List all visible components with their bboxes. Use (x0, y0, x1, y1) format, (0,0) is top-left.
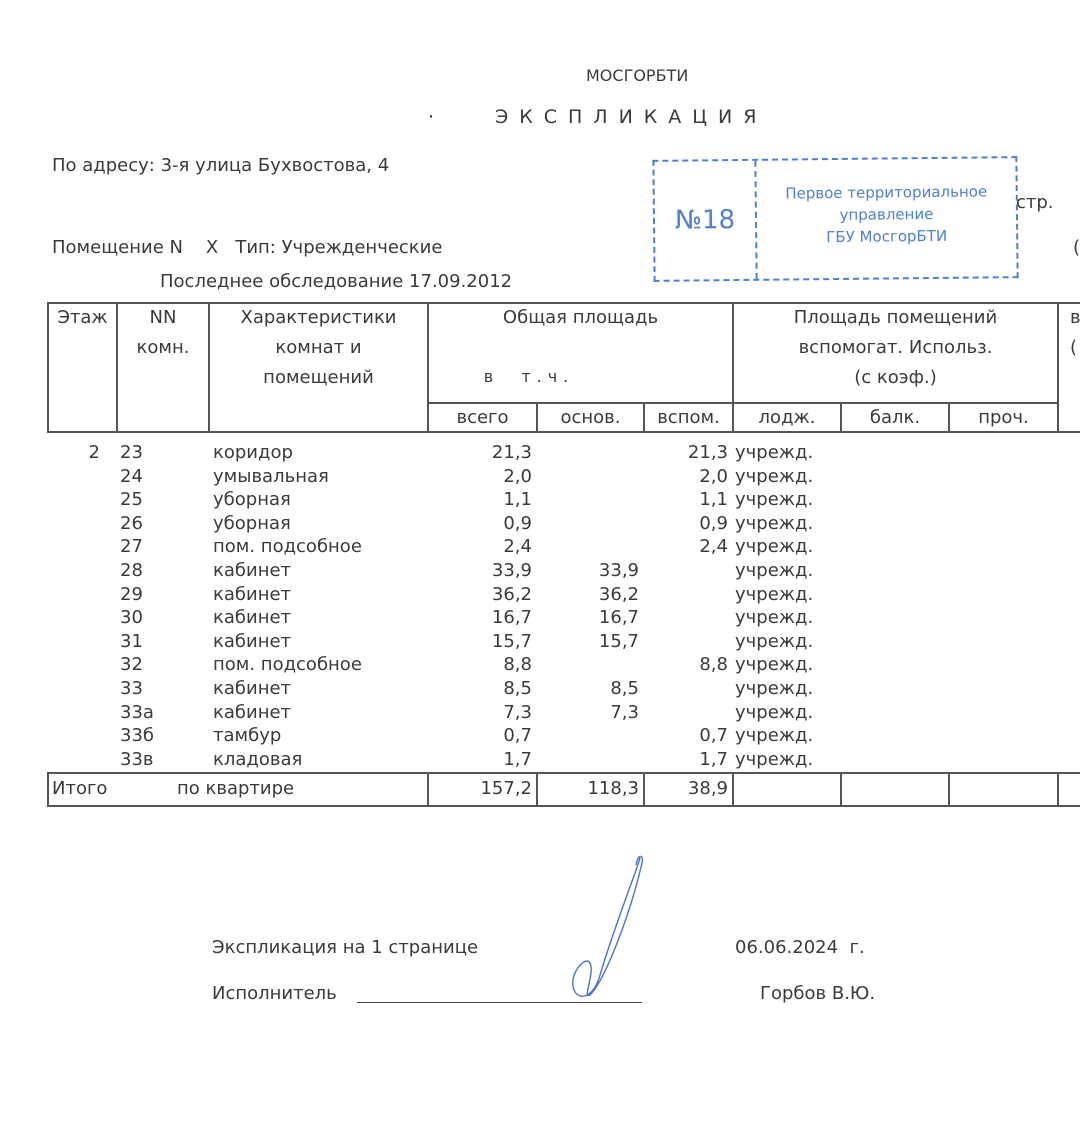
cell-room-name: уборная (213, 488, 423, 512)
document-date: 06.06.2024 г. (735, 937, 865, 958)
cell-room-name: кабинет (213, 701, 423, 725)
cell-use: учрежд. (735, 535, 835, 559)
last-survey: Последнее обследование 17.09.2012 (160, 271, 512, 292)
cell-total: 1,1 (429, 488, 532, 512)
executor-label: Исполнитель (212, 983, 337, 1004)
cell-room-name: кладовая (213, 748, 423, 772)
header-characteristics: Характеристики комнат и помещений (210, 303, 427, 393)
cell-total: 16,7 (429, 606, 532, 630)
table-border (47, 772, 49, 807)
cell-room-name: пом. подсобное (213, 653, 423, 677)
table-border (948, 772, 950, 807)
cell-room-no: 33 (120, 677, 200, 701)
cell-total: 36,2 (429, 583, 532, 607)
cell-room-no: 30 (120, 606, 200, 630)
table-border (47, 805, 1080, 807)
cell-room-name: кабинет (213, 606, 423, 630)
cell-room-no: 33в (120, 748, 200, 772)
cell-total: 2,4 (429, 535, 532, 559)
cell-main: 15,7 (538, 630, 639, 654)
cell-aux: 8,8 (645, 653, 728, 677)
cell-use: учрежд. (735, 583, 835, 607)
cell-use: учрежд. (735, 653, 835, 677)
header-total-area: Общая площадь (429, 303, 732, 333)
title-dot: · (428, 106, 434, 128)
pages-note: Экспликация на 1 странице (212, 937, 478, 958)
cell-room-no: 33б (120, 724, 200, 748)
document-title: ЭКСПЛИКАЦИЯ (495, 106, 767, 128)
cell-total: 1,7 (429, 748, 532, 772)
cell-use: учрежд. (735, 630, 835, 654)
subheader-total: всего (429, 403, 536, 433)
organization-name: МОСГОРБТИ (586, 66, 688, 85)
cell-aux: 21,3 (645, 441, 728, 465)
totals-total: 157,2 (429, 777, 532, 801)
cell-total: 33,9 (429, 559, 532, 583)
table-border (732, 772, 734, 807)
cell-use: учрежд. (735, 465, 835, 489)
cell-floor: 2 (60, 441, 100, 465)
cell-room-no: 31 (120, 630, 200, 654)
cell-aux: 0,7 (645, 724, 728, 748)
cell-use: учрежд. (735, 701, 835, 725)
cell-use: учрежд. (735, 512, 835, 536)
cell-room-no: 33а (120, 701, 200, 725)
header-line: NN (118, 303, 208, 333)
cell-aux: 2,4 (645, 535, 728, 559)
signature-icon (560, 855, 660, 1005)
header-line: Площадь помещений (734, 303, 1057, 333)
cell-main: 36,2 (538, 583, 639, 607)
subheader-loggia: лодж. (734, 403, 840, 433)
subheader-aux: вспом. (645, 403, 732, 433)
cell-room-name: уборная (213, 512, 423, 536)
header-line: комн. (118, 333, 208, 363)
cell-total: 0,7 (429, 724, 532, 748)
cell-room-no: 27 (120, 535, 200, 559)
stamp-line: управление (757, 202, 1016, 227)
table-border (1057, 772, 1059, 807)
office-stamp: №18 Первое территориальное управление ГБ… (652, 156, 1018, 282)
cell-total: 2,0 (429, 465, 532, 489)
cell-main: 16,7 (538, 606, 639, 630)
cell-main: 7,3 (538, 701, 639, 725)
cell-main: 33,9 (538, 559, 639, 583)
cell-total: 7,3 (429, 701, 532, 725)
cell-total: 21,3 (429, 441, 532, 465)
header-right-cut: в ( (1070, 303, 1080, 363)
cell-use: учрежд. (735, 559, 835, 583)
stamp-line: Первое территориальное (757, 180, 1016, 205)
cell-room-name: тамбур (213, 724, 423, 748)
cell-room-no: 32 (120, 653, 200, 677)
cell-room-no: 24 (120, 465, 200, 489)
page-label: стр. (1016, 192, 1054, 213)
cell-room-no: 26 (120, 512, 200, 536)
table-border (840, 772, 842, 807)
cell-use: учрежд. (735, 488, 835, 512)
cell-main: 8,5 (538, 677, 639, 701)
subheader-other: проч. (950, 403, 1057, 433)
stamp-number: №18 (654, 161, 757, 280)
cell-total: 8,5 (429, 677, 532, 701)
stamp-organization: Первое территориальное управление ГБУ Мо… (757, 180, 1017, 249)
cell-room-no: 29 (120, 583, 200, 607)
header-including: в т.ч. (429, 362, 629, 392)
cell-room-no: 25 (120, 488, 200, 512)
cell-total: 8,8 (429, 653, 532, 677)
cell-use: учрежд. (735, 677, 835, 701)
table-border (1057, 302, 1059, 433)
header-line: (с коэф.) (734, 363, 1057, 393)
table-border (47, 772, 1080, 774)
cell-room-name: пом. подсобное (213, 535, 423, 559)
executor-name: Горбов В.Ю. (760, 983, 875, 1004)
cell-total: 15,7 (429, 630, 532, 654)
cell-room-name: кабинет (213, 630, 423, 654)
header-line: вспомогат. Использ. (734, 333, 1057, 363)
totals-main: 118,3 (538, 777, 639, 801)
cell-room-name: кабинет (213, 559, 423, 583)
cell-aux: 0,9 (645, 512, 728, 536)
header-line: Характеристики (210, 303, 427, 333)
cell-use: учрежд. (735, 724, 835, 748)
address: По адресу: 3-я улица Бухвостова, 4 (52, 155, 389, 176)
header-line: в (1070, 303, 1080, 333)
header-line: ( (1070, 333, 1080, 363)
room-info: Помещение N X Тип: Учрежденческие (52, 237, 442, 258)
cell-room-name: кабинет (213, 583, 423, 607)
stamp-line: ГБУ МосгорБТИ (757, 224, 1016, 249)
cell-room-name: умывальная (213, 465, 423, 489)
subheader-balcony: балк. (842, 403, 948, 433)
header-aux-area: Площадь помещений вспомогат. Использ. (с… (734, 303, 1057, 393)
header-floor: Этаж (49, 303, 116, 333)
totals-label: Итого (52, 777, 107, 801)
cell-room-no: 23 (120, 441, 200, 465)
right-cut-text: ( (1073, 237, 1080, 258)
cell-use: учрежд. (735, 606, 835, 630)
totals-scope: по квартире (177, 777, 294, 801)
header-room-no: NN комн. (118, 303, 208, 363)
totals-aux: 38,9 (645, 777, 728, 801)
subheader-main: основ. (538, 403, 643, 433)
cell-total: 0,9 (429, 512, 532, 536)
cell-aux: 2,0 (645, 465, 728, 489)
cell-use: учрежд. (735, 441, 835, 465)
cell-aux: 1,1 (645, 488, 728, 512)
header-line: помещений (210, 363, 427, 393)
cell-aux: 1,7 (645, 748, 728, 772)
cell-room-name: коридор (213, 441, 423, 465)
cell-room-no: 28 (120, 559, 200, 583)
cell-use: учрежд. (735, 748, 835, 772)
header-line: комнат и (210, 333, 427, 363)
cell-room-name: кабинет (213, 677, 423, 701)
